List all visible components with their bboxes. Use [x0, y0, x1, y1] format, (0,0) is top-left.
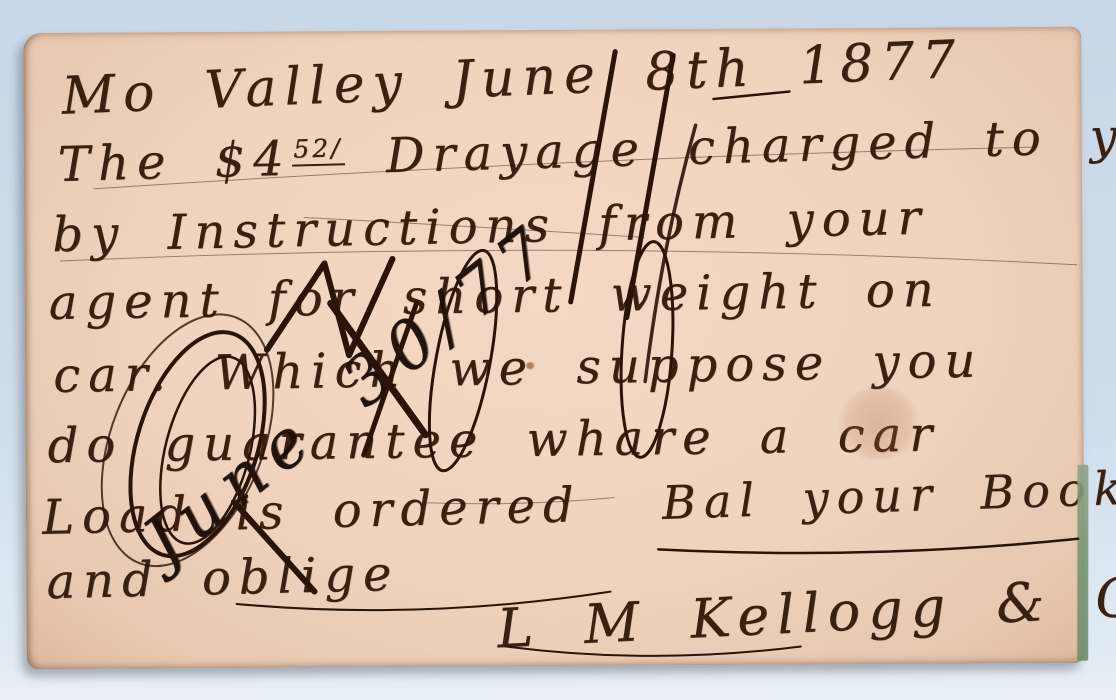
- postal-card: Mo Valley June 8th 1877 The $452/ Drayag…: [23, 27, 1085, 669]
- ink-flourish-svg: [23, 27, 1085, 669]
- postcard-photo: Mo Valley June 8th 1877 The $452/ Drayag…: [0, 0, 1116, 700]
